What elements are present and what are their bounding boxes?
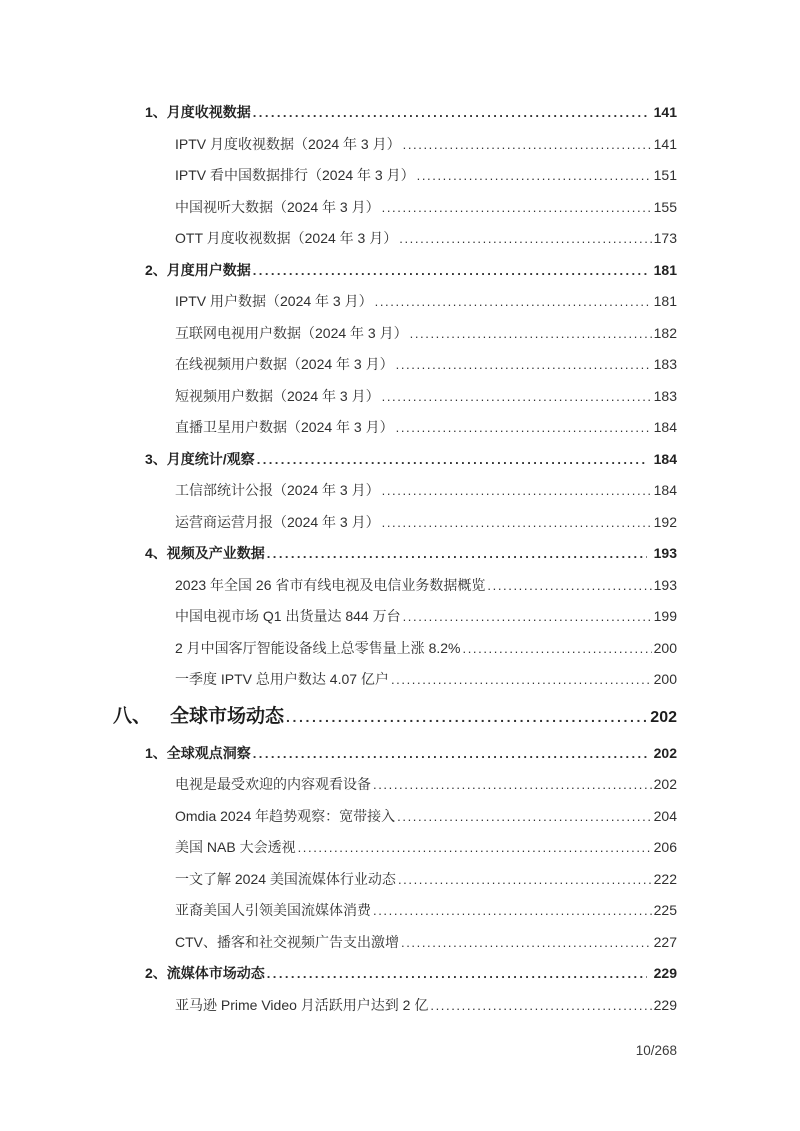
toc-entry-page: 199 (654, 608, 677, 624)
toc-entry-label: 2 月中国客厅智能设备线上总零售量上涨 8.2% (175, 638, 460, 658)
toc-entry-page: 141 (649, 104, 677, 120)
toc-entry-page: 141 (654, 136, 677, 152)
dot-leader (403, 608, 652, 624)
dot-leader (382, 514, 652, 530)
toc-entry-page: 184 (654, 482, 677, 498)
toc-entry-section[interactable]: 3、月度统计/观察 184 (113, 443, 677, 475)
dot-leader (462, 640, 651, 656)
toc-entry-label: 2023 年全国 26 省市有线电视及电信业务数据概览 (175, 575, 485, 595)
toc-entry-label: 运营商运营月报（2024 年 3 月） (175, 512, 380, 532)
page-number-indicator: 10/268 (636, 1043, 677, 1058)
dot-leader (410, 325, 652, 341)
toc-entry[interactable]: IPTV 用户数据（2024 年 3 月） 181 (113, 285, 677, 317)
toc-entry-page: 183 (654, 356, 677, 372)
toc-entry-page: 222 (654, 871, 677, 887)
toc-entry-page: 227 (654, 934, 677, 950)
toc-entry[interactable]: OTT 月度收视数据（2024 年 3 月） 173 (113, 222, 677, 254)
toc-entry-page: 225 (654, 902, 677, 918)
toc-entry-page: 206 (654, 839, 677, 855)
toc-entry-section[interactable]: 4、视频及产业数据 193 (113, 537, 677, 569)
dot-leader (267, 545, 647, 561)
dot-leader (253, 262, 647, 278)
dot-leader (417, 167, 652, 183)
dot-leader (373, 776, 652, 792)
toc-entry-section[interactable]: 2、月度用户数据 181 (113, 254, 677, 286)
toc-entry-label: 4、视频及产业数据 (145, 543, 265, 563)
dot-leader (403, 136, 652, 152)
toc-entry[interactable]: 互联网电视用户数据（2024 年 3 月） 182 (113, 317, 677, 349)
toc-entry-page: 192 (654, 514, 677, 530)
dot-leader (396, 356, 652, 372)
toc-entry-page: 200 (654, 671, 677, 687)
dot-leader (286, 706, 648, 728)
toc-entry[interactable]: 工信部统计公报（2024 年 3 月） 184 (113, 474, 677, 506)
toc-entry[interactable]: 2023 年全国 26 省市有线电视及电信业务数据概览 193 (113, 569, 677, 601)
toc-entry-label: 互联网电视用户数据（2024 年 3 月） (175, 323, 408, 343)
toc-entry-page: 173 (654, 230, 677, 246)
toc-entry-page: 229 (654, 997, 677, 1013)
toc-entry-label: Omdia 2024 年趋势观察：宽带接入 (175, 806, 395, 826)
dot-leader (373, 902, 652, 918)
dot-leader (391, 671, 652, 687)
dot-leader (382, 482, 652, 498)
toc-entry-label: 工信部统计公报（2024 年 3 月） (175, 480, 380, 500)
toc-entry[interactable]: 一文了解 2024 美国流媒体行业动态 222 (113, 863, 677, 895)
toc-entry[interactable]: 运营商运营月报（2024 年 3 月） 192 (113, 506, 677, 538)
dot-leader (298, 839, 652, 855)
toc-entry[interactable]: 在线视频用户数据（2024 年 3 月） 183 (113, 348, 677, 380)
toc-chapter-number: 八、 (113, 701, 170, 728)
toc-chapter-page: 202 (650, 709, 677, 727)
toc-entry[interactable]: 2 月中国客厅智能设备线上总零售量上涨 8.2% 200 (113, 632, 677, 664)
toc-entry[interactable]: IPTV 月度收视数据（2024 年 3 月） 141 (113, 128, 677, 160)
toc-entry-label: 电视是最受欢迎的内容观看设备 (175, 774, 371, 794)
dot-leader (396, 419, 652, 435)
document-page: 1、月度收视数据 141 IPTV 月度收视数据（2024 年 3 月） 141… (0, 0, 800, 1131)
toc-entry-label: 2、月度用户数据 (145, 260, 251, 280)
dot-leader (401, 934, 652, 950)
toc-entry-label: OTT 月度收视数据（2024 年 3 月） (175, 228, 397, 248)
dot-leader (430, 997, 651, 1013)
toc-entry-label: IPTV 用户数据（2024 年 3 月） (175, 291, 373, 311)
toc-entry-label: 1、全球观点洞察 (145, 743, 251, 763)
toc-entry-page: 181 (649, 262, 677, 278)
toc-entry-label: 3、月度统计/观察 (145, 449, 255, 469)
toc-entry-label: 一文了解 2024 美国流媒体行业动态 (175, 869, 396, 889)
dot-leader (398, 871, 652, 887)
dot-leader (253, 745, 647, 761)
toc-entry[interactable]: CTV、播客和社交视频广告支出激增 227 (113, 926, 677, 958)
dot-leader (267, 965, 647, 981)
toc-entry-page: 155 (654, 199, 677, 215)
toc-entry-page: 204 (654, 808, 677, 824)
dot-leader (253, 104, 647, 120)
toc-chapter-label: 全球市场动态 (170, 701, 284, 728)
toc-entry[interactable]: 短视频用户数据（2024 年 3 月） 183 (113, 380, 677, 412)
dot-leader (399, 230, 651, 246)
toc-entry-section[interactable]: 1、全球观点洞察 202 (113, 737, 677, 769)
toc-entry-label: 中国视听大数据（2024 年 3 月） (175, 197, 380, 217)
toc-entry-label: CTV、播客和社交视频广告支出激增 (175, 932, 399, 952)
toc-entry[interactable]: 一季度 IPTV 总用户数达 4.07 亿户 200 (113, 663, 677, 695)
table-of-contents: 1、月度收视数据 141 IPTV 月度收视数据（2024 年 3 月） 141… (113, 96, 677, 1020)
toc-entry-label: 亚裔美国人引领美国流媒体消费 (175, 900, 371, 920)
toc-entry[interactable]: 中国视听大数据（2024 年 3 月） 155 (113, 191, 677, 223)
dot-leader (397, 808, 651, 824)
toc-entry-label: 2、流媒体市场动态 (145, 963, 265, 983)
dot-leader (382, 199, 652, 215)
toc-entry-label: IPTV 看中国数据排行（2024 年 3 月） (175, 165, 415, 185)
toc-entry-label: 一季度 IPTV 总用户数达 4.07 亿户 (175, 669, 389, 689)
dot-leader (257, 451, 647, 467)
toc-entry-page: 184 (654, 419, 677, 435)
toc-entry[interactable]: Omdia 2024 年趋势观察：宽带接入 204 (113, 800, 677, 832)
toc-entry-label: 亚马逊 Prime Video 月活跃用户达到 2 亿 (175, 995, 428, 1015)
toc-entry-section[interactable]: 1、月度收视数据 141 (113, 96, 677, 128)
dot-leader (382, 388, 652, 404)
toc-entry-page: 202 (649, 745, 677, 761)
toc-entry-label: 中国电视市场 Q1 出货量达 844 万台 (175, 606, 401, 626)
toc-entry-page: 184 (649, 451, 677, 467)
toc-entry[interactable]: 直播卫星用户数据（2024 年 3 月） 184 (113, 411, 677, 443)
toc-entry-label: 在线视频用户数据（2024 年 3 月） (175, 354, 394, 374)
toc-entry-page: 183 (654, 388, 677, 404)
dot-leader (487, 577, 651, 593)
toc-entry-page: 229 (649, 965, 677, 981)
toc-entry-page: 193 (654, 577, 677, 593)
toc-entry-label: 直播卫星用户数据（2024 年 3 月） (175, 417, 394, 437)
toc-entry-label: 短视频用户数据（2024 年 3 月） (175, 386, 380, 406)
dot-leader (375, 293, 652, 309)
toc-entry[interactable]: 亚马逊 Prime Video 月活跃用户达到 2 亿 229 (113, 989, 677, 1021)
toc-entry-page: 181 (654, 293, 677, 309)
toc-entry[interactable]: 电视是最受欢迎的内容观看设备 202 (113, 768, 677, 800)
toc-entry-page: 202 (654, 776, 677, 792)
toc-entry[interactable]: 美国 NAB 大会透视 206 (113, 831, 677, 863)
toc-entry-label: 1、月度收视数据 (145, 102, 251, 122)
toc-entry-page: 193 (649, 545, 677, 561)
toc-entry-section[interactable]: 2、流媒体市场动态 229 (113, 957, 677, 989)
toc-entry-page: 182 (654, 325, 677, 341)
toc-entry-page: 151 (654, 167, 677, 183)
toc-entry[interactable]: 亚裔美国人引领美国流媒体消费 225 (113, 894, 677, 926)
toc-entry[interactable]: IPTV 看中国数据排行（2024 年 3 月） 151 (113, 159, 677, 191)
toc-chapter-entry[interactable]: 八、 全球市场动态 202 (113, 697, 677, 737)
toc-entry-label: 美国 NAB 大会透视 (175, 837, 296, 857)
toc-entry-page: 200 (654, 640, 677, 656)
toc-entry[interactable]: 中国电视市场 Q1 出货量达 844 万台 199 (113, 600, 677, 632)
toc-entry-label: IPTV 月度收视数据（2024 年 3 月） (175, 134, 401, 154)
